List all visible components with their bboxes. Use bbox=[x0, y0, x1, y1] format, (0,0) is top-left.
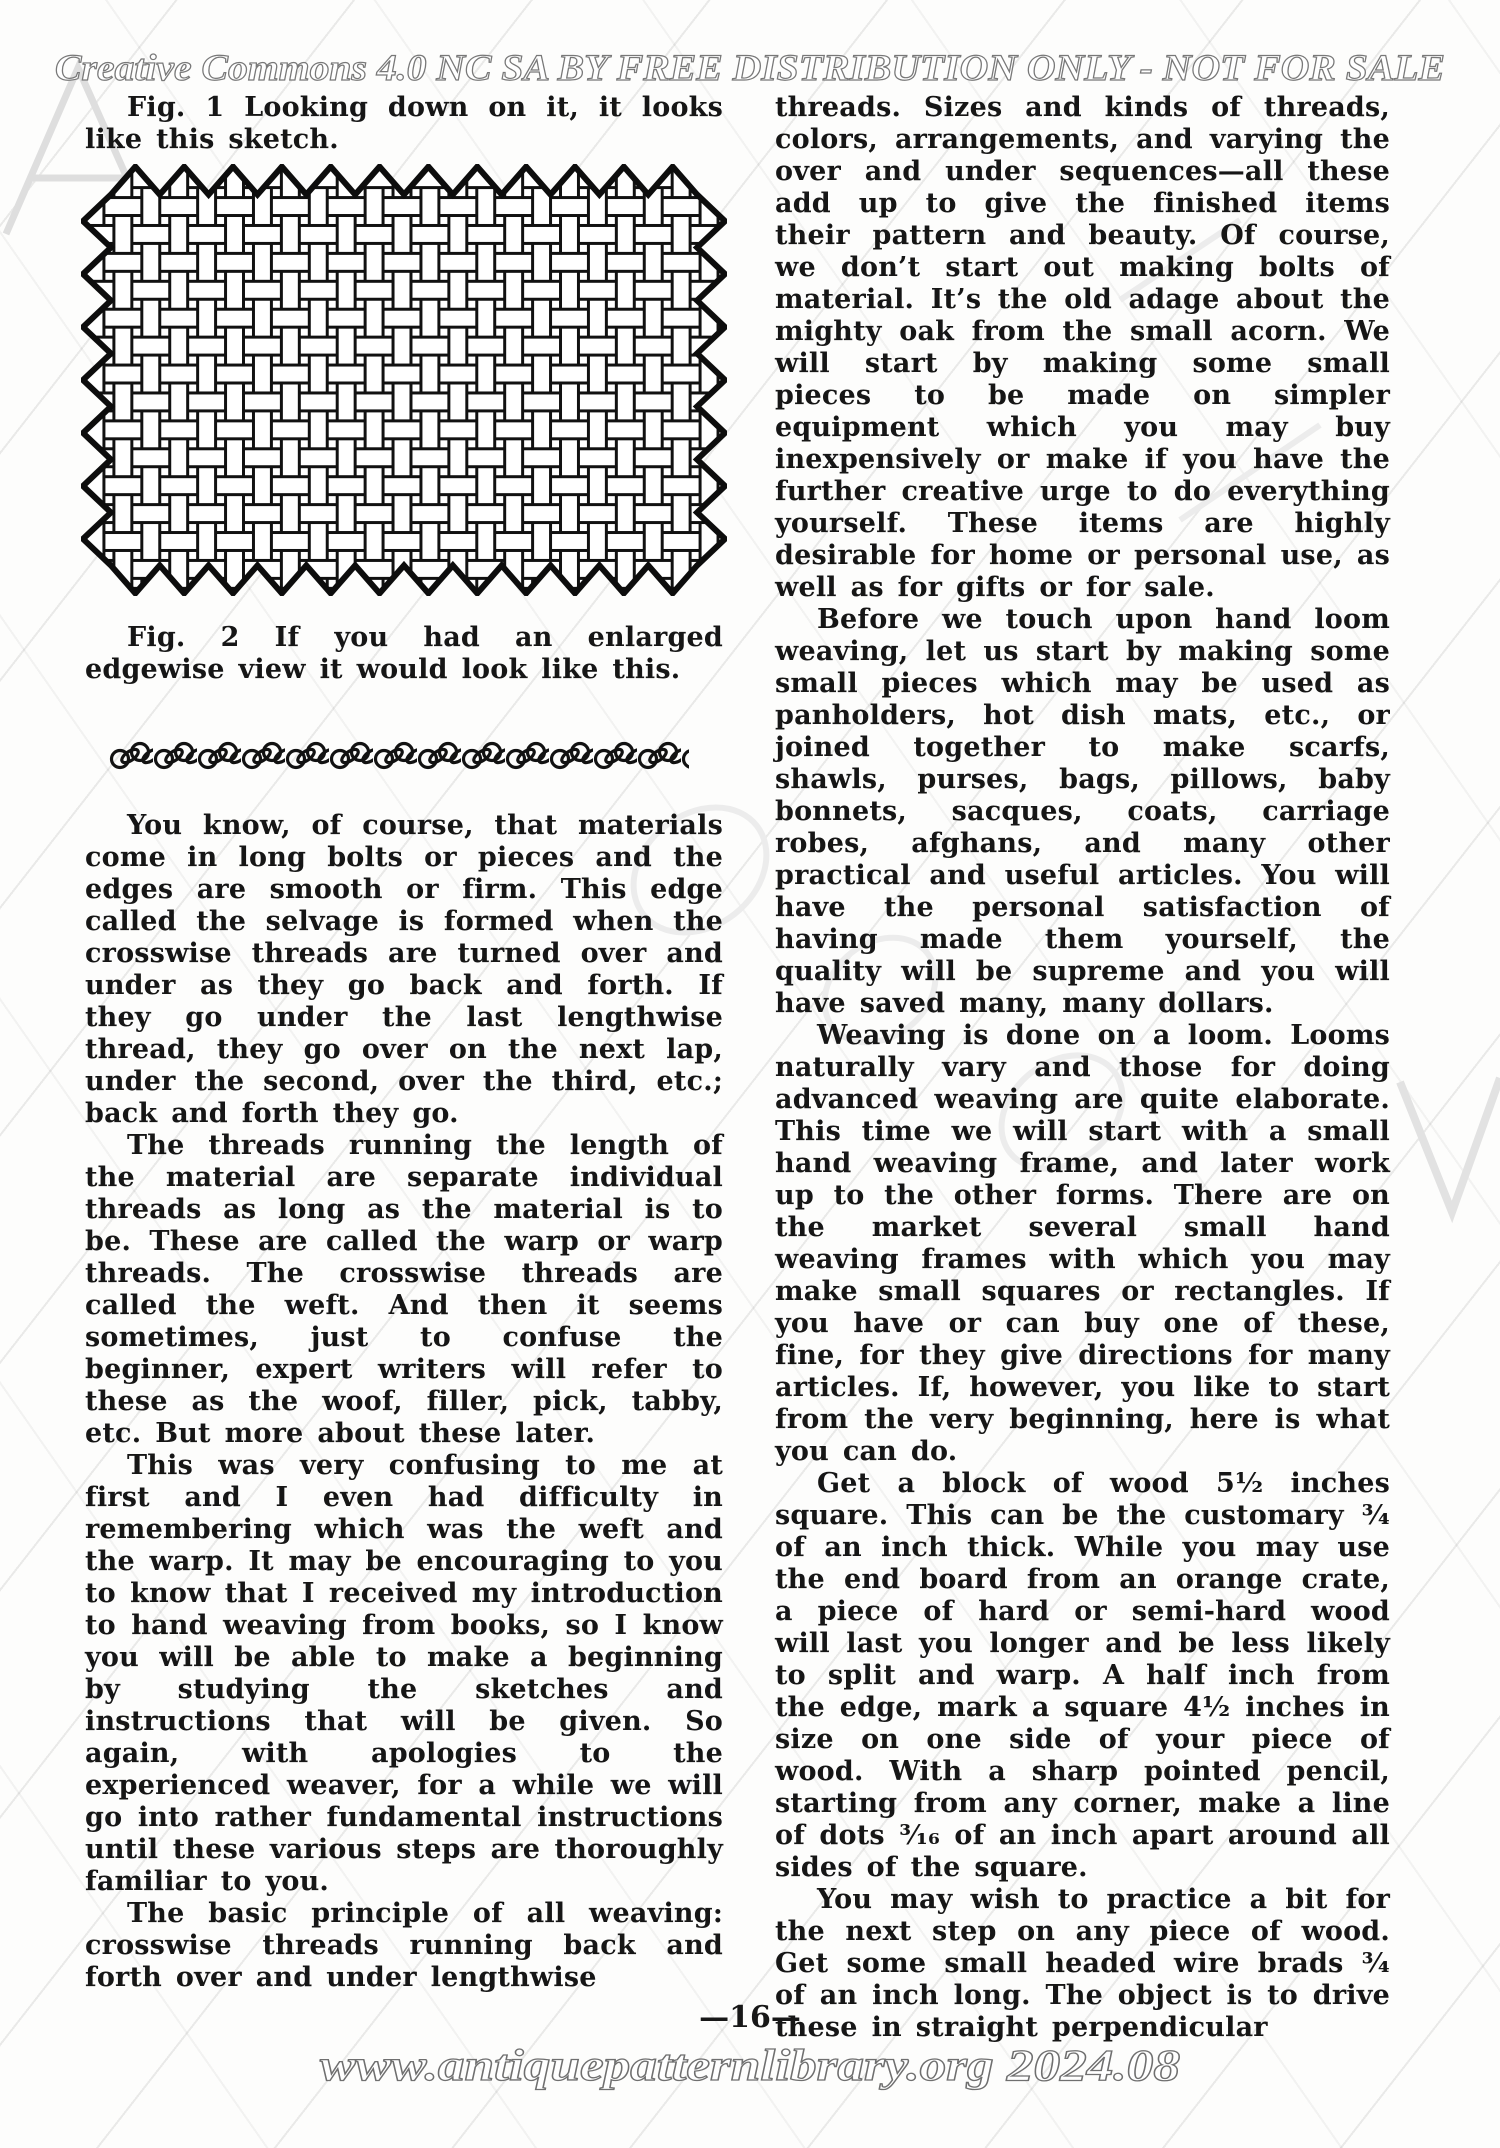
chain-ornament-drawing bbox=[109, 738, 689, 774]
license-notice: Creative Commons 4.0 NC SA BY FREE DISTR… bbox=[55, 48, 1445, 89]
watermark-letter-v bbox=[1400, 1078, 1500, 1212]
fig1-caption: Fig. 1 Looking down on it, it looks like… bbox=[85, 92, 723, 156]
right-column: threads. Sizes and kinds of threads, col… bbox=[775, 92, 1390, 2044]
paragraph: Before we touch upon hand loom weaving, … bbox=[775, 604, 1390, 1020]
scanned-book-page: Creative Commons 4.0 NC SA BY FREE DISTR… bbox=[0, 0, 1500, 2148]
fig2-caption: Fig. 2 If you had an enlarged edgewise v… bbox=[85, 622, 723, 686]
left-paragraphs: You know, of course, that materials come… bbox=[85, 810, 723, 1994]
paragraph: You know, of course, that materials come… bbox=[85, 810, 723, 1130]
chain-ornament bbox=[109, 738, 723, 774]
left-column: Fig. 1 Looking down on it, it looks like… bbox=[85, 92, 723, 2044]
header-banner: Creative Commons 4.0 NC SA BY FREE DISTR… bbox=[50, 40, 1450, 94]
page-number: —16— bbox=[0, 2002, 1500, 2034]
continuation-paragraph: threads. Sizes and kinds of threads, col… bbox=[775, 92, 1390, 604]
paragraph: Weaving is done on a loom. Looms natural… bbox=[775, 1020, 1390, 1468]
text-columns: Fig. 1 Looking down on it, it looks like… bbox=[85, 92, 1390, 2044]
paragraph: The basic principle of all weaving: cros… bbox=[85, 1898, 723, 1994]
paragraph: Get a block of wood 5½ inches square. Th… bbox=[775, 1468, 1390, 1884]
right-paragraphs: Before we touch upon hand loom weaving, … bbox=[775, 604, 1390, 2044]
footer-banner: www.antiquepatternlibrary.org 2024.08 bbox=[0, 2034, 1500, 2100]
paragraph: The threads running the length of the ma… bbox=[85, 1130, 723, 1450]
woven-fabric-figure bbox=[81, 164, 723, 596]
weave-illustration bbox=[81, 164, 727, 596]
footer-site: www.antiquepatternlibrary.org 2024.08 bbox=[320, 2041, 1180, 2090]
paragraph: This was very confusing to me at first a… bbox=[85, 1450, 723, 1898]
